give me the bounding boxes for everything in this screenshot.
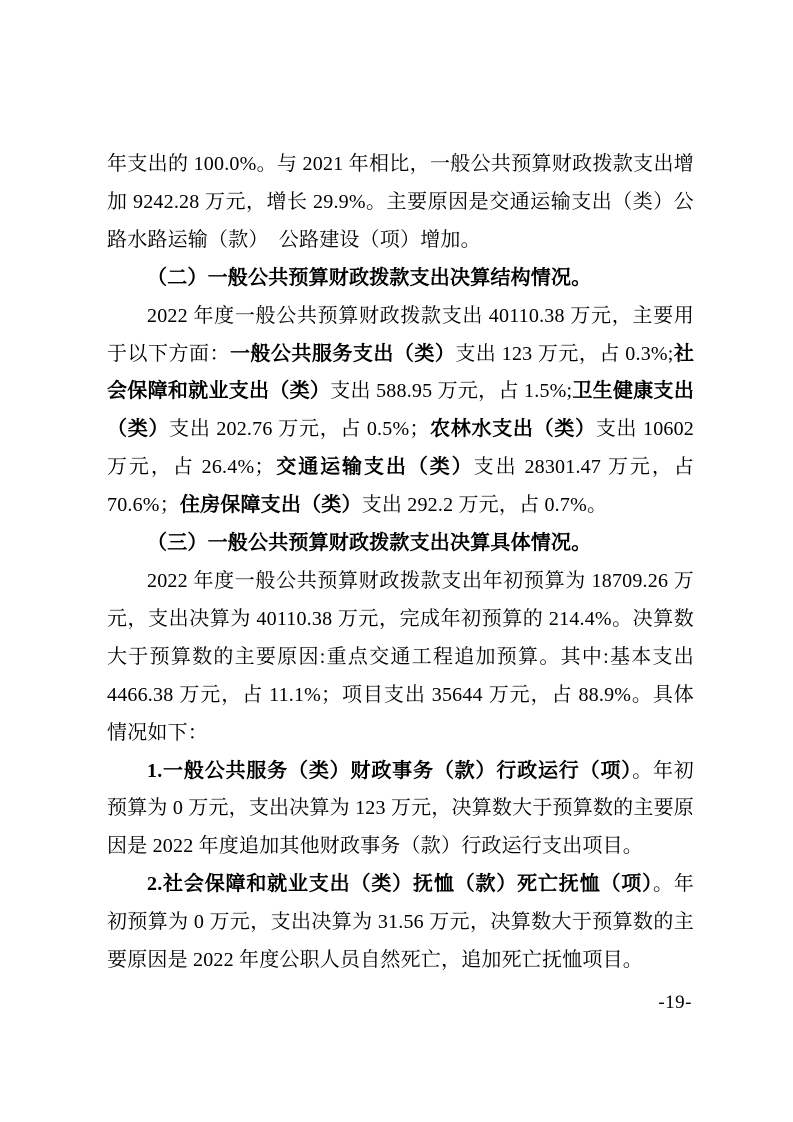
text-segment-bold: 一般公共服务支出（类） [230,343,455,365]
text-segment-bold: 交通运输支出（类） [275,456,474,478]
text-segment: 支出 588.95 万元，占 1.5%; [330,380,572,402]
document-page: 年支出的 100.0%。与 2021 年相比，一般公共预算财政拨款支出增加 92… [0,0,793,1122]
text-segment-bold: 住房保障支出（类） [180,494,362,516]
document-page-19: { "page": { "background_color": "#ffffff… [0,0,793,1122]
para-expenditure-structure: 2022 年度一般公共预算财政拨款支出 40110.38 万元，主要用于以下方面… [107,298,694,525]
text-segment: 年支出的 100.0%。与 2021 年相比，一般公共预算财政拨款支出增加 92… [107,153,694,251]
heading-section-2-structure: （二）一般公共预算财政拨款支出决算结构情况。 [107,260,694,298]
text-segment-bold: 农林水支出（类） [430,418,596,440]
para-yoy-comparison-continuation: 年支出的 100.0%。与 2021 年相比，一般公共预算财政拨款支出增加 92… [107,146,694,260]
heading-section-3-details: （三）一般公共预算财政拨款支出决算具体情况。 [107,525,694,563]
page-number: -19- [658,992,692,1014]
text-segment-bold: （三）一般公共预算财政拨款支出决算具体情况。 [147,532,591,554]
para-overall-final-accounts: 2022 年度一般公共预算财政拨款支出年初预算为 18709.26 万元，支出决… [107,563,694,753]
text-segment: 2022 年度一般公共预算财政拨款支出年初预算为 18709.26 万元，支出决… [107,570,694,744]
para-item-1-general-public-services: 1.一般公共服务（类）财政事务（款）行政运行（项）。年初预算为 0 万元，支出决… [107,753,694,867]
text-segment-bold: 1.一般公共服务（类）财政事务（款）行政运行（项） [147,760,632,782]
text-segment-bold: 2.社会保障和就业支出（类）抚恤（款）死亡抚恤（项） [147,873,653,895]
document-body: 年支出的 100.0%。与 2021 年相比，一般公共预算财政拨款支出增加 92… [107,146,694,980]
text-segment: 支出 202.76 万元，占 0.5%； [169,418,429,440]
text-segment-bold: （二）一般公共预算财政拨款支出决算结构情况。 [147,267,591,289]
text-segment: 支出 292.2 万元，占 0.7%。 [362,494,607,516]
para-item-2-social-security: 2.社会保障和就业支出（类）抚恤（款）死亡抚恤（项）。年初预算为 0 万元，支出… [107,866,694,980]
text-segment: 支出 123 万元，占 0.3%; [455,343,673,365]
